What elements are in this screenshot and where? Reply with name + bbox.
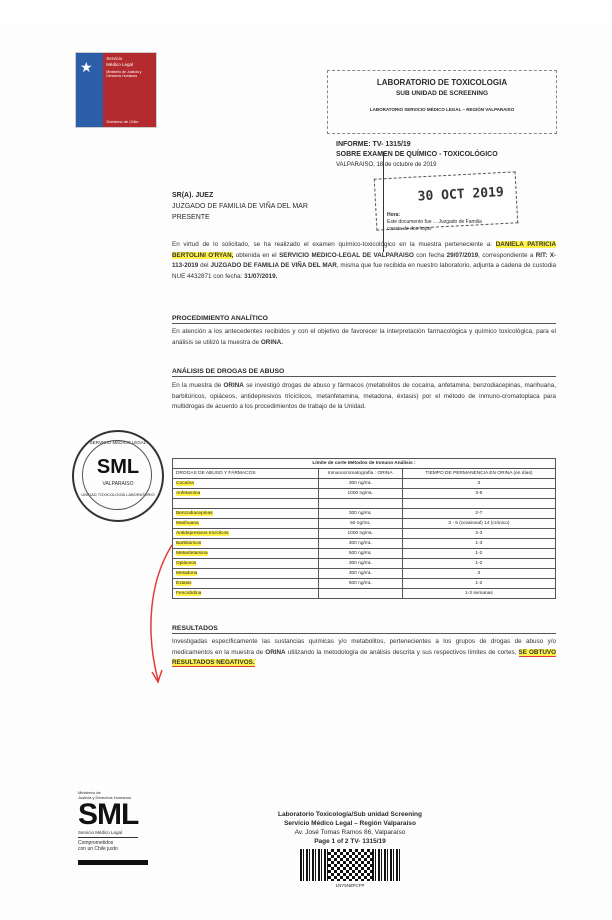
stamp-note-line1: Este documento fue ... Juzgado de Famili… [387,219,557,226]
detection-window: 3 - 5 (ocasional) 14 (crónico) [402,519,555,529]
intro-org: SERVICIO MEDICO-LEGAL DE VALPARAISO [279,252,414,259]
drug-name: Barbitúricos [173,539,319,549]
stamp-date: 30 OCT 2019 [417,185,504,204]
lab-subtitle: SUB UNIDAD DE SCREENING [328,90,556,97]
cutoff-value: 300 ng/mL [318,539,402,549]
cutoff-value: 300 ng/mL [318,569,402,579]
logo-text-ministerio: Ministerio de Justicia y Derechos Humano… [106,70,153,79]
drug-name: Benzodiacepinas [173,509,319,519]
footer-page-number: Page 1 of 2 TV- 1315/19 [240,837,460,846]
footer-sml-logo: Ministerio de Justicia y Derechos Humano… [78,790,168,865]
addressee-block: SR(A). JUEZ JUZGADO DE FAMILIA DE VIÑA D… [172,190,308,223]
table-row [173,499,556,509]
table-row: Anfetamina1000 ng/mL3-5 [173,489,556,499]
resultados-paragraph: Investigadas específicamente las sustanc… [172,637,556,669]
sample-type: ORINA [265,649,285,656]
footer-logo-sml: SML [78,800,168,830]
drug-name-text: Metanfetamina [176,551,208,556]
seal-logo: SML [74,456,162,479]
document-uid: 1NY5N8PCFP [240,881,460,890]
stamp-note-line2: consta de dos hojas [387,226,557,233]
coat-of-arms-icon: ★ [80,59,93,76]
drug-name-text: Cocaína [176,481,194,486]
drug-name-text: Marihuana [176,521,199,526]
section-heading-resultados: RESULTADOS [172,625,556,634]
detection-window [402,499,555,509]
report-city-date: VALPARAISO, 18 de octubre de 2019 [336,160,498,170]
logo-blue-field: ★ [76,53,103,127]
table-row: Antidepresivos tricíclicos1000 ng/mL2-3 [173,529,556,539]
cutoff-value [318,589,402,599]
footer-logo-motto-2: con un Chile justo [78,846,168,852]
cutoff-value: 1000 ng/mL [318,489,402,499]
drug-name [173,499,319,509]
detection-window: 3 [402,479,555,489]
sample-type: ORINA. [261,339,283,346]
logo-text-medico-legal: Médico Legal [106,62,153,68]
seal-ring-text: SERVICIO MÉDICO LEGAL [74,440,162,445]
footer-logo-divider [78,837,138,838]
report-subject: SOBRE EXAMEN DE QUÍMICO - TOXICOLÓGICO [336,150,498,160]
table-row: Cocaína300 ng/mL3 [173,479,556,489]
drug-cutoff-table: Límite de corte Métodos de Inmuno Anális… [172,458,556,599]
detection-window: 1-3 semanas [402,589,555,599]
table-header-cutoff: Inmunocromatografía : ORINA [318,469,402,479]
table-row: Éxtasis500 ng/mL1-2 [173,579,556,589]
logo-red-field: Servicio Médico Legal Ministerio de Just… [103,53,156,127]
sample-date: 29/07/2019 [447,252,479,259]
cutoff-value: 1000 ng/mL [318,529,402,539]
table-header-drug: DROGAS DE ABUSO Y FÁRMACOS [173,469,319,479]
lab-header-box: LABORATORIO DE TOXICOLOGIA SUB UNIDAD DE… [327,70,557,134]
footer-service: Servicio Médico Legal – Región Valparaís… [240,819,460,828]
drug-name-text: Antidepresivos tricíclicos [176,531,229,536]
drug-name-text: Anfetamina [176,491,200,496]
footer-lab: Laboratorio Toxicología/Sub unidad Scree… [240,810,460,819]
section-heading-procedimiento: PROCEDIMIENTO ANALÍTICO [172,315,556,324]
detection-window: 2-3 [402,529,555,539]
cutoff-value: 300 ng/mL [318,559,402,569]
drug-name: Metadona [173,569,319,579]
detection-window: 1-2 [402,559,555,569]
report-number: INFORME: TV- 1315/19 [336,140,498,150]
analisis-text: En la muestra de [172,382,224,389]
table-row: Fenciclidina1-3 semanas [173,589,556,599]
drug-name: Cocaína [173,479,319,489]
seal-bottom-text: UNIDAD TOXICOLOGÍA LABORATORIO [74,492,162,497]
cutoff-value: 500 ng/mL [318,549,402,559]
drug-name: Metanfetamina [173,549,319,559]
addressee-presente: PRESENTE [172,212,308,223]
received-date: 31/07/2019. [244,273,277,280]
qr-code-icon [328,849,372,881]
footer-logo-bar [78,860,148,865]
addressee-title: SR(A). JUEZ [172,190,308,201]
intro-text: obtenida en el [233,252,279,259]
resultados-text: utilizando la metodología de análisis de… [286,649,519,656]
barcode-qr [300,849,400,881]
scan-margin [0,0,612,24]
intro-text: , correspondiente a [478,252,536,259]
logo-text-gobierno: Gobierno de Chile [106,119,138,124]
addressee-court: JUZGADO DE FAMILIA DE VIÑA DEL MAR [172,201,308,212]
page-footer: Laboratorio Toxicología/Sub unidad Scree… [240,810,460,890]
stamp-line [383,152,384,252]
drug-name: Anfetamina [173,489,319,499]
detection-window: 2-7 [402,509,555,519]
procedimiento-paragraph: En atención a los antecedentes recibidos… [172,327,556,348]
detection-window: 1-3 [402,539,555,549]
procedimiento-text: En atención a los antecedentes recibidos… [172,328,556,346]
analisis-paragraph: En la muestra de ORINA se investigó drog… [172,381,556,413]
intro-court: JUZGADO DE FAMILIA DE VIÑA DEL MAR [210,262,336,269]
lab-region: LABORATORIO SERVICIO MÉDICO LEGAL – REGI… [328,107,556,112]
detection-window: 3 [402,569,555,579]
seal-city: VALPARAISO [74,481,162,487]
drug-name-text: Benzodiacepinas [176,511,213,516]
document-page: ★ Servicio Médico Legal Ministerio de Ju… [0,0,612,920]
table-row: Metadona300 ng/mL3 [173,569,556,579]
footer-address: Av. José Tomas Ramos 86, Valparaíso [240,828,460,837]
stamp-hora: Hora: [387,212,557,219]
cutoff-value: 500 ng/mL [318,579,402,589]
intro-text: En virtud de lo solicitado, se ha realiz… [172,241,492,248]
intro-text: con fecha [414,252,447,259]
table-row: Marihuana50 ng/mL3 - 5 (ocasional) 14 (c… [173,519,556,529]
drug-name: Opiáceos [173,559,319,569]
intro-paragraph: En virtud de lo solicitado, se ha realiz… [172,240,556,282]
table-header-time: TIEMPO DE PERMANENCIA EN ORINA (en días) [402,469,555,479]
sample-type: ORINA [224,382,244,389]
cutoff-value: 300 ng/mL [318,479,402,489]
stamp-note: Hora: Este documento fue ... Juzgado de … [387,212,557,233]
drug-name: Marihuana [173,519,319,529]
table-row: Metanfetamina500 ng/mL1-2 [173,549,556,559]
table-row: Benzodiacepinas300 ng/mL2-7 [173,509,556,519]
detection-window: 3-5 [402,489,555,499]
report-reference: INFORME: TV- 1315/19 SOBRE EXAMEN DE QUÍ… [336,140,498,170]
detection-window: 1-2 [402,549,555,559]
table-row: Barbitúricos300 ng/mL1-3 [173,539,556,549]
sml-seal: SERVICIO MÉDICO LEGAL SML VALPARAISO UNI… [72,430,164,522]
drug-name: Fenciclidina [173,589,319,599]
cutoff-value: 50 ng/mL [318,519,402,529]
drug-name: Antidepresivos tricíclicos [173,529,319,539]
lab-title: LABORATORIO DE TOXICOLOGIA [328,78,556,87]
drug-name: Éxtasis [173,579,319,589]
table-body: Cocaína300 ng/mL3Anfetamina1000 ng/mL3-5… [173,479,556,599]
section-heading-analisis: ANÁLISIS DE DROGAS DE ABUSO [172,368,556,377]
intro-text: del [198,262,210,269]
table-caption: Límite de corte Métodos de Inmuno Anális… [173,459,556,469]
table-row: Opiáceos300 ng/mL1-2 [173,559,556,569]
cutoff-value [318,499,402,509]
sml-gobierno-logo: ★ Servicio Médico Legal Ministerio de Ju… [75,52,157,128]
cutoff-value: 300 ng/mL [318,509,402,519]
detection-window: 1-2 [402,579,555,589]
